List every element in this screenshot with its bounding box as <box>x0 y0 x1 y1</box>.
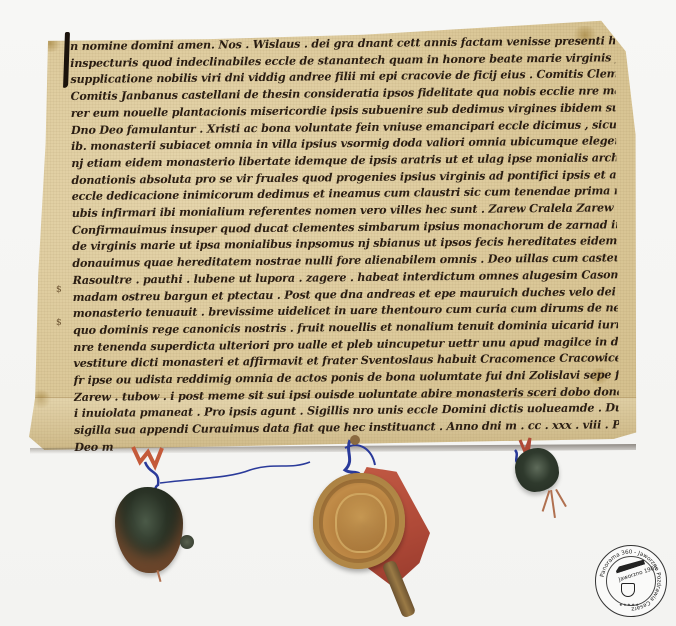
seal-fringe <box>550 490 556 518</box>
blue-cord-loose <box>160 462 310 483</box>
seal-fringe <box>555 489 567 507</box>
seal-left-fragment <box>180 535 194 549</box>
margin-mark: $ <box>56 285 62 295</box>
margin-mark: $ <box>56 318 62 328</box>
charter-text: n nomine domini amen. Nos . Wislaus . de… <box>70 32 619 455</box>
seal-relief-figure <box>335 493 387 553</box>
stars-icon: ★★★★★ <box>619 602 639 607</box>
seal-left-green-wax <box>115 487 183 573</box>
seal-center-brown-wax <box>313 473 405 569</box>
watermark-stamp: Panorama 360 - Jaworzno Pozdrawia Cesarz… <box>595 545 667 617</box>
seal-fringe <box>542 490 551 512</box>
seal-fringe <box>156 570 161 582</box>
seal-right-green-wax <box>515 448 559 492</box>
stain-spot <box>38 34 62 52</box>
shield-icon <box>621 583 635 597</box>
photo-scene: $ $ n nomine domini amen. Nos . Wislaus … <box>0 0 676 626</box>
